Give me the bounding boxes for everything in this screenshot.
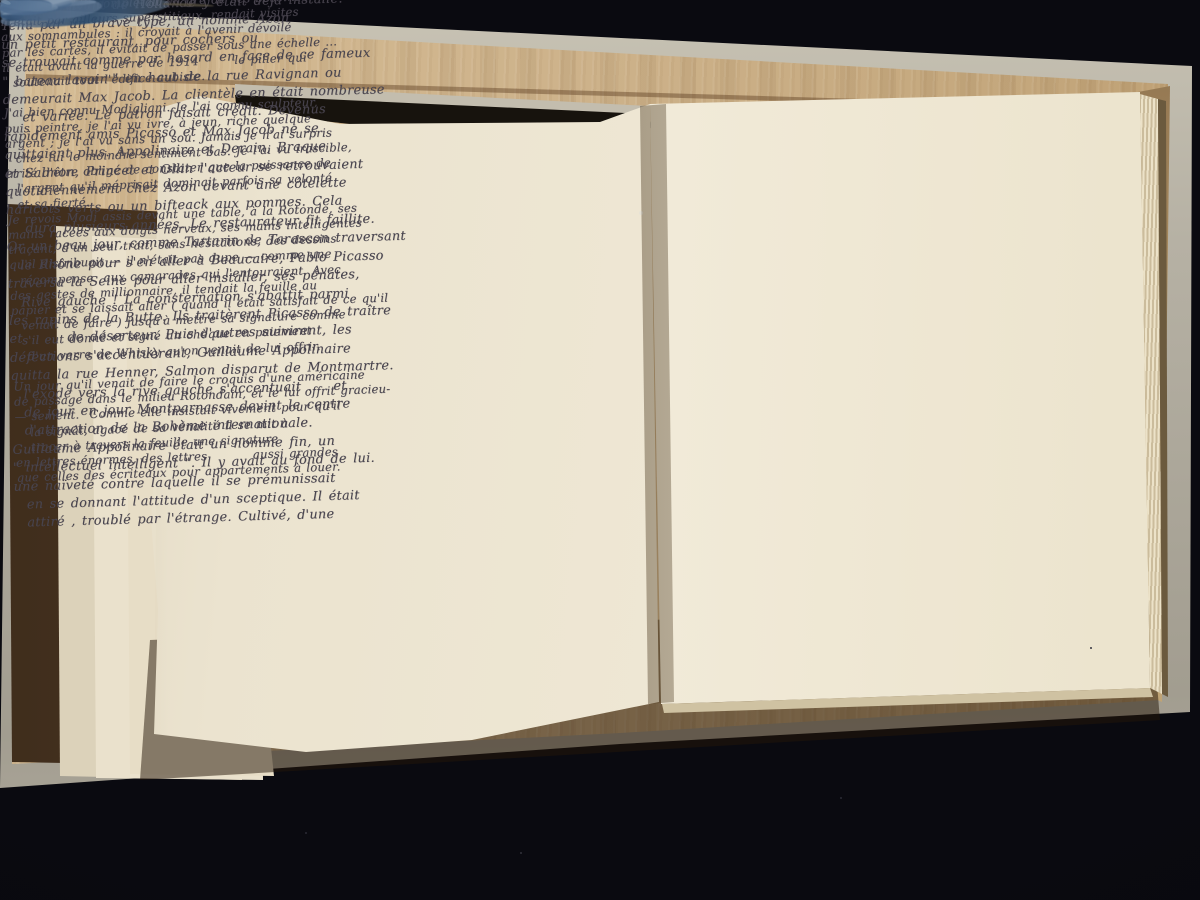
photo-of-manuscript-in-box: arrivant de Hollande y était déjà instal… bbox=[0, 0, 1200, 900]
right-page-handwriting: érudition. qu'il complétait au gré de se… bbox=[0, 0, 398, 520]
